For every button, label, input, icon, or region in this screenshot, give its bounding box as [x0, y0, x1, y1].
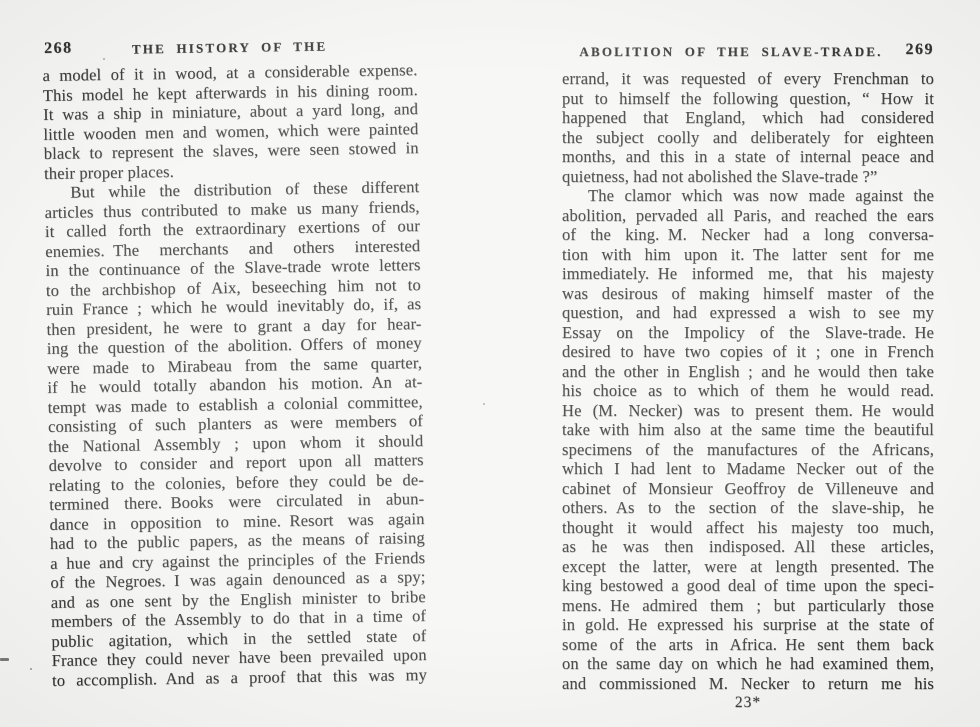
text-line: immediately. He informed me, that his ma…	[562, 264, 934, 284]
text-line: take with him also at the same time the …	[562, 420, 934, 440]
text-line: others. As to the section of the slave-s…	[562, 498, 934, 518]
text-line: as he was then indisposed. All these art…	[562, 537, 934, 557]
text-line: cabinet of Monsieur Geoffroy de Villeneu…	[562, 479, 934, 499]
text-line: He (M. Necker) was to present them. He w…	[562, 401, 934, 421]
text-line: tion with him upon it. The latter sent f…	[562, 245, 934, 265]
left-text-block: a model of it in wood, at a considerable…	[42, 60, 427, 690]
scan-speck	[30, 668, 32, 670]
text-line: question, and had expressed a wish to se…	[562, 303, 934, 323]
text-line: the subject coolly and deliberately for …	[562, 128, 934, 148]
right-text-block: errand, it was requested of every French…	[562, 69, 934, 693]
text-line: Essay on the Impolicy of the Slave-trade…	[562, 323, 934, 343]
text-line: was desirous of making himself master of…	[562, 284, 934, 304]
text-line: abolition, pervaded all Paris, and reach…	[562, 206, 934, 226]
text-line: in gold. He expressed his surprise at th…	[562, 615, 934, 635]
right-page-number: 269	[906, 41, 935, 59]
right-running-title: ABOLITION OF THE SLAVE-TRADE.	[562, 44, 934, 60]
text-line: some of the arts in Africa. He sent them…	[562, 635, 934, 655]
text-line: specimens of the manufactures of the Afr…	[562, 440, 934, 460]
text-line: errand, it was requested of every French…	[562, 69, 934, 89]
text-line: and commissioned M. Necker to return me …	[562, 674, 934, 694]
scan-speck	[483, 403, 485, 405]
text-line: of the king. M. Necker had a long conver…	[562, 225, 934, 245]
left-page-number: 268	[44, 40, 73, 58]
text-line: his choice as to which of them he would …	[562, 381, 934, 401]
text-line: quietness, had not abolished the Slave-t…	[562, 167, 934, 187]
text-line: except the latter, were at length presen…	[562, 557, 934, 577]
scan-speck	[0, 658, 9, 661]
text-line: happened that England, which had conside…	[562, 108, 934, 128]
signature-mark: 23*	[562, 693, 934, 713]
text-line: The clamor which was now made against th…	[562, 186, 934, 206]
text-line: mens. He admired them ; but particularly…	[562, 596, 934, 616]
left-running-title: THE HISTORY OF THE	[42, 37, 417, 59]
text-line: put to himself the following question, “…	[562, 89, 934, 109]
text-line: thought it would affect his majesty too …	[562, 518, 934, 538]
text-line: king bestowed a good deal of time upon t…	[562, 576, 934, 596]
right-page-header: ABOLITION OF THE SLAVE-TRADE. 269	[562, 44, 934, 69]
text-line: on the same day on which he had examined…	[562, 654, 934, 674]
left-page: 268 THE HISTORY OF THE a model of it in …	[42, 37, 427, 690]
text-line: months, and this in a state of internal …	[562, 147, 934, 167]
text-line: desired to have two copies of it ; one i…	[562, 342, 934, 362]
right-page: ABOLITION OF THE SLAVE-TRADE. 269 errand…	[562, 44, 934, 713]
text-line: which I had lent to Madame Necker out of…	[562, 459, 934, 479]
book-spread: 268 THE HISTORY OF THE a model of it in …	[0, 0, 980, 727]
text-line: and the other in English ; and he would …	[562, 362, 934, 382]
